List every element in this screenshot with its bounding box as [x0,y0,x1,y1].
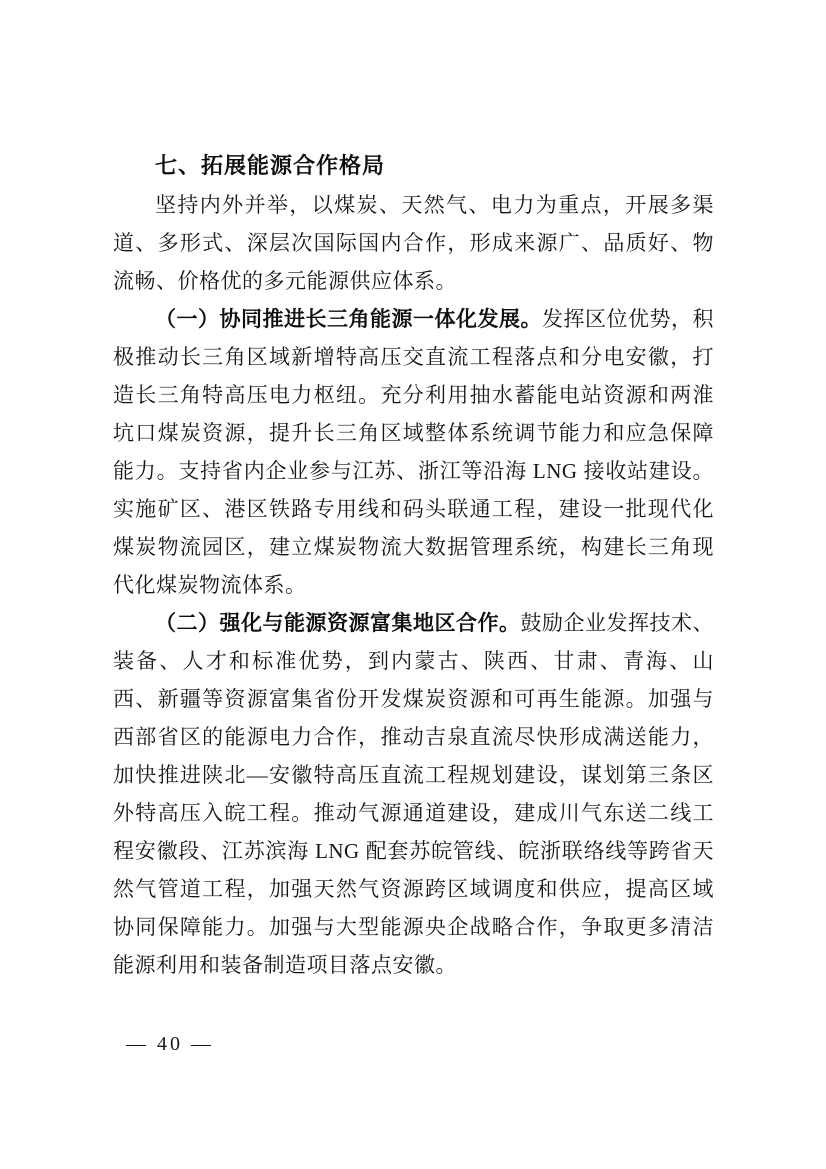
paragraph-item-2: （二）强化与能源资源富集地区合作。鼓励企业发挥技术、装备、人才和标准优势，到内蒙… [113,604,714,984]
paragraph-text: 坚持内外并举，以煤炭、天然气、电力为重点，开展多渠道、多形式、深层次国际国内合作… [113,193,714,293]
section-heading: 七、拓展能源合作格局 [113,146,714,186]
page-number: — 40 — [126,1033,214,1056]
paragraph-intro: 坚持内外并举，以煤炭、天然气、电力为重点，开展多渠道、多形式、深层次国际国内合作… [113,186,714,300]
paragraph-lead: （二）强化与能源资源富集地区合作。 [155,611,521,635]
paragraph-item-1: （一）协同推进长三角能源一体化发展。发挥区位优势，积极推动长三角区域新增特高压交… [113,300,714,604]
paragraph-lead: （一）协同推进长三角能源一体化发展。 [155,307,542,331]
document-page: 七、拓展能源合作格局 坚持内外并举，以煤炭、天然气、电力为重点，开展多渠道、多形… [0,0,826,1169]
paragraph-text: 鼓励企业发挥技术、装备、人才和标准优势，到内蒙古、陕西、甘肃、青海、山西、新疆等… [113,611,714,977]
paragraph-text: 发挥区位优势，积极推动长三角区域新增特高压交直流工程落点和分电安徽，打造长三角特… [113,307,714,597]
document-body: 七、拓展能源合作格局 坚持内外并举，以煤炭、天然气、电力为重点，开展多渠道、多形… [113,146,714,984]
